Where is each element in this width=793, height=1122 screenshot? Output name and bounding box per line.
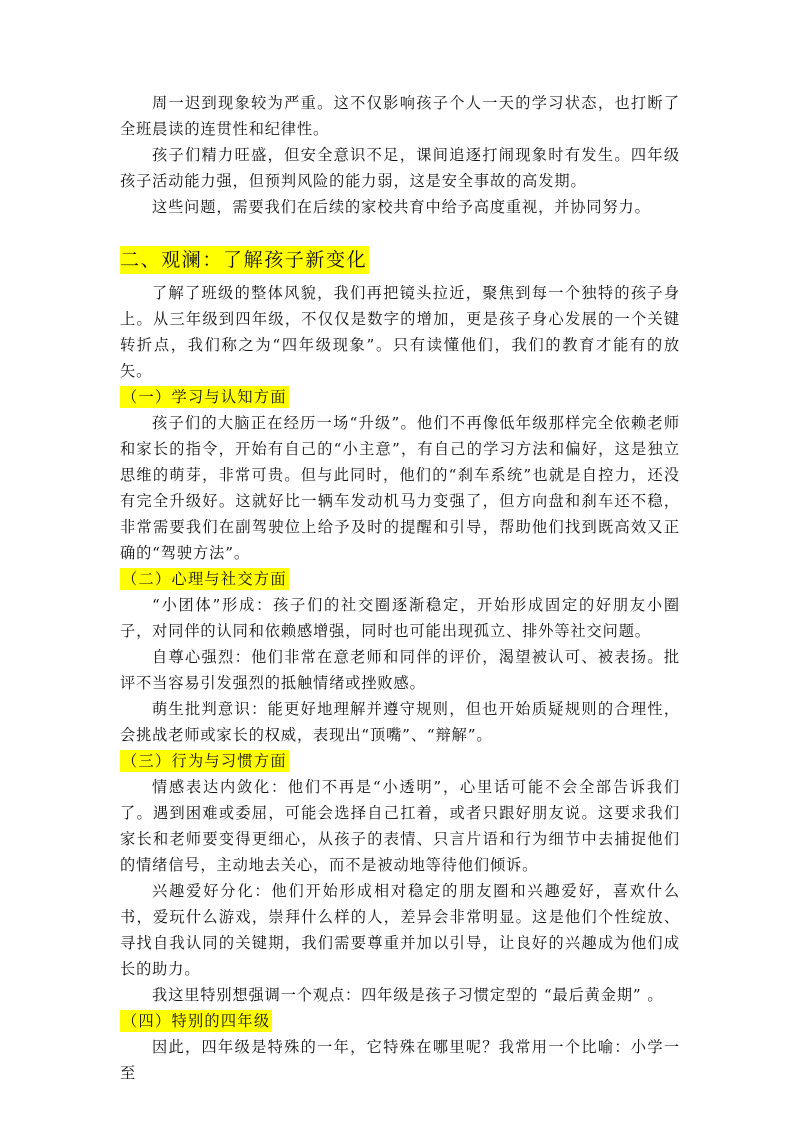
section-heading: 二、观澜：了解孩子新变化 (120, 246, 369, 274)
subheading: （一）学习与认知方面 (120, 386, 289, 408)
paragraph: 孩子们的大脑正在经历一场“升级”。他们不再像低年级那样完全依赖老师和家长的指令，… (120, 410, 680, 566)
paragraph: “小团体”形成：孩子们的社交圈逐渐稳定，开始形成固定的好朋友小圈子，对同伴的认同… (120, 592, 680, 644)
subheading: （三）行为与习惯方面 (120, 750, 289, 772)
subheading-wrap: （二）心理与社交方面 (120, 566, 680, 592)
paragraph: 我这里特别想强调一个观点：四年级是孩子习惯定型的 “最后黄金期” 。 (120, 982, 680, 1008)
subheading-wrap: （一）学习与认知方面 (120, 384, 680, 410)
paragraph: 周一迟到现象较为严重。这不仅影响孩子个人一天的学习状态，也打断了全班晨读的连贯性… (120, 90, 680, 142)
subheading-wrap: （三）行为与习惯方面 (120, 748, 680, 774)
subheading: （二）心理与社交方面 (120, 568, 289, 590)
paragraph: 情感表达内敛化：他们不再是“小透明”，心里话可能不会全部告诉我们了。遇到困难或委… (120, 774, 680, 878)
paragraph: 孩子们精力旺盛，但安全意识不足，课间追逐打闹现象时有发生。四年级孩子活动能力强，… (120, 142, 680, 194)
paragraph: 自尊心强烈：他们非常在意老师和同伴的评价，渴望被认可、被表扬。批评不当容易引发强… (120, 644, 680, 696)
paragraph: 了解了班级的整体风貌，我们再把镜头拉近，聚焦到每一个独特的孩子身上。从三年级到四… (120, 280, 680, 384)
section-heading-wrap: 二、观澜：了解孩子新变化 (120, 246, 680, 274)
paragraph: 这些问题，需要我们在后续的家校共育中给予高度重视，并协同努力。 (120, 194, 680, 220)
paragraph: 兴趣爱好分化：他们开始形成相对稳定的朋友圈和兴趣爱好，喜欢什么书，爱玩什么游戏，… (120, 878, 680, 982)
subheading-wrap: （四）特别的四年级 (120, 1008, 680, 1034)
subheading: （四）特别的四年级 (120, 1010, 272, 1032)
document-page: 周一迟到现象较为严重。这不仅影响孩子个人一天的学习状态，也打断了全班晨读的连贯性… (120, 90, 680, 1086)
paragraph: 萌生批判意识：能更好地理解并遵守规则，但也开始质疑规则的合理性，会挑战老师或家长… (120, 696, 680, 748)
paragraph: 因此，四年级是特殊的一年，它特殊在哪里呢？我常用一个比喻：小学一至 (120, 1034, 680, 1086)
